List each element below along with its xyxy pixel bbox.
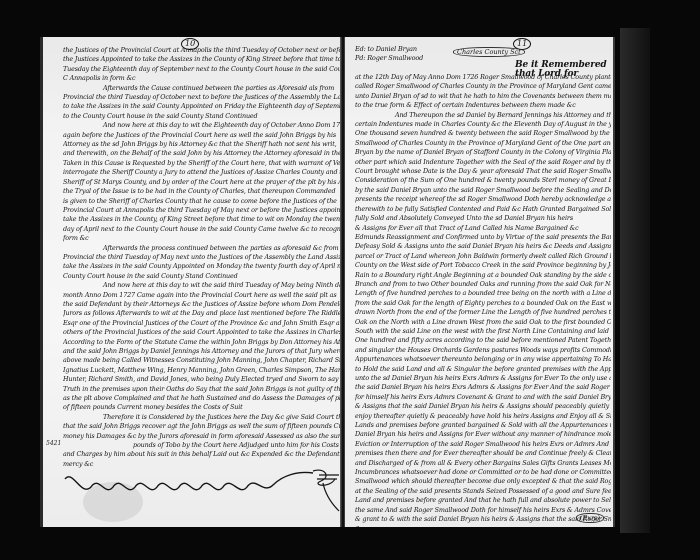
text-line: by the said Daniel Bryan unto the said R… [355,186,611,195]
text-line: from the said Oak for the length of Eigh… [355,299,611,308]
text-line: drawn North from the end of the former L… [355,308,611,317]
text-line: Therefore it is Considered by the Justic… [63,413,343,422]
text-line: Provincial the third Tuesday of May next… [63,253,343,262]
text-line: Rain to a Boundary right Angle Beginning… [355,271,611,280]
text-line: Afterwards the process continued between… [63,244,343,253]
text-line: Land and premises before granted And tha… [355,496,611,505]
right-page-text: at the 12th Day of May Anno Dom 1726 Rog… [355,73,611,527]
text-line: and therewith, on the Behalf of the said… [63,149,343,158]
text-line: fully Sold and Absolutely Conveyed Unto … [355,214,611,223]
text-line: at the 12th Day of May Anno Dom 1726 Rog… [355,73,611,82]
text-line: Afterwards the Cause continued between t… [63,84,343,93]
text-line: take the Assizes in the said County Appo… [63,262,343,271]
text-line: Esqr one of the Provincial Justices of t… [63,319,343,328]
text-line: Branch and from to two Other bounded Oak… [355,280,611,289]
text-line: for himself his heirs Exrs Admrs Covenan… [355,393,611,402]
text-line: Appurtenances whatsoever thereunto belon… [355,355,611,364]
text-line: that the said John Briggs recover agt th… [63,422,343,431]
text-line: pounds of Tobo by the Court here Adjudge… [63,441,343,450]
text-line: to take the Assizes in the said County A… [63,102,343,111]
left-page-text: the Justices of the Provincial Court at … [63,46,343,469]
text-line: &c [355,525,611,528]
text-line: One thousand seven hundred & twenty betw… [355,129,611,138]
text-line: Incumbrances whatsoever had done or Comm… [355,468,611,477]
text-line: Sheriff of St Marys County, and by order… [63,178,343,187]
text-line: the same And said Roger Smallwood Doth f… [355,506,611,515]
text-line: & Assigns for Ever all that Tract of Lan… [355,224,611,233]
text-line: Provincial Court at Annapolis the third … [63,206,343,215]
text-line: According to the Form of the Statute Cam… [63,338,343,347]
text-line: Smallwood of Charles County in the Provi… [355,139,611,148]
text-line: Smallwood which should thereafter become… [355,477,611,486]
text-line: and singular the Houses Orchards Gardens… [355,346,611,355]
text-line: others of the Provincial Justices of the… [63,328,343,337]
text-line: And now here at this day to wit the Eigh… [63,121,343,130]
text-line: And now here at this day to wit the said… [63,281,343,290]
right-page: 11 Ed: to Daniel Bryan Pd: Roger Smallwo… [345,37,615,527]
text-line: and the said John Briggs by Daniel Jenni… [63,347,343,356]
left-page: 10 the Justices of the Provincial Court … [40,37,345,527]
text-line: Length of five hundred perches to a boun… [355,289,611,298]
text-line: of fifteen pounds Current money besides … [63,403,343,412]
text-line: South with the said Line on the west wit… [355,327,611,336]
text-line: unto the sd Daniel Bryan his heirs Exrs … [355,374,611,383]
text-line: County on the West side of Port Tobacco … [355,261,611,270]
text-line: Edmunds Reassignment and Confirmed unto … [355,233,611,242]
text-line: And Thereupon the sd Daniel by Bernard J… [355,111,611,120]
county-heading: Charles County Sct [453,47,525,57]
text-line: above made being Called Witnesses Consti… [63,356,343,365]
text-line: Truth in the premises upon their Oaths d… [63,385,343,394]
text-line: therewith to be fully Satisfied Contente… [355,205,611,214]
text-line: Defeasy Sold & Assigns unto the said Dan… [355,242,611,251]
text-line: Attorney as the sd John Briggs by his At… [63,140,343,149]
text-line: the Justices Appointed to take the Assiz… [63,55,343,64]
text-line: County Court house in the said County St… [63,272,343,281]
text-line: C Annapolis in form &c [63,74,343,83]
text-line: the said Defendant by their Attorneys &c… [63,300,343,309]
text-line: as the plt above Complained and that he … [63,394,343,403]
closing-flourish-icon [63,467,343,517]
text-line: Eviction or Interruption of the said Rog… [355,440,611,449]
text-line: at the Sealing of the said presents Stan… [355,487,611,496]
text-line: Daniel Bryan his heirs and Assigns for E… [355,430,611,439]
text-line: the Tryal of the Issue is to be had in t… [63,187,343,196]
text-line: to the County Court house in the said Co… [63,112,343,121]
text-line: Lands and premises before granted bargai… [355,421,611,430]
microfilm-frame: 10 the Justices of the Provincial Court … [0,0,700,560]
text-line: unto Daniel Bryan of sd to wit that he h… [355,92,611,101]
text-line: & grant to & with the said Daniel Bryan … [355,515,611,524]
text-line: called Roger Smallwood of Charles County… [355,82,611,91]
text-line: Hunter, Richard Smith, and David Jones, … [63,375,343,384]
text-line: Tuesday the Eighteenth day of September … [63,65,343,74]
text-line: Oak on the North with a Line drawn West … [355,318,611,327]
text-line: again before the Justices of the Provinc… [63,131,343,140]
text-line: to the true form & Effect of certain Ind… [355,101,611,110]
text-line: enjoy thereafter quietly & peaceably hav… [355,412,611,421]
text-line: is given to the Sheriff of Charles Count… [63,197,343,206]
text-line: Provincial the third Tuesday of October … [63,93,343,102]
text-line: Consideration of the Sum of One hundred … [355,176,611,185]
text-line: and Charges by him about his suit in thi… [63,450,343,459]
text-line: Ignatius Luckett, Matthew Wing, Henry Ma… [63,366,343,375]
text-line: month Anno Dom 1727 Came again into the … [63,291,343,300]
text-line: other part which said Indenture Together… [355,158,611,167]
text-line: to Hold the said Land and all & Singular… [355,365,611,374]
catchword: (Exrs) [576,513,604,523]
text-line: the Justices of the Provincial Court at … [63,46,343,55]
text-line: money his Damages &c by the Jurors afore… [63,432,343,441]
margin-note: 5421 [46,440,61,447]
text-line: and Discharged of & from all & Every oth… [355,459,611,468]
text-line: interrogate the Sheriff County a Jury to… [63,168,343,177]
text-line: form &c [63,234,343,243]
text-line: certain Indentures made in Charles Count… [355,120,611,129]
text-line: parcel or Tract of Land whereon John Bal… [355,252,611,261]
text-line: Taken in this Cause is Requested by the … [63,159,343,168]
text-line: day of April next to the County Court ho… [63,225,343,234]
text-line: Jurors as follows Afterwards to wit at t… [63,309,343,318]
text-line: & Assigns that the said Daniel Bryan his… [355,402,611,411]
text-line: presents the receipt whereof the sd Roge… [355,195,611,204]
text-line: Bryan by the name of Daniel Bryan of Sta… [355,148,611,157]
book-edge [620,28,650,533]
text-line: Court brought whose Date is the Day & ye… [355,167,611,176]
text-line: One hundred and fifty acres according to… [355,336,611,345]
text-line: the said Daniel Bryan his heirs Exrs Adm… [355,383,611,392]
text-line: take the Assizes in the County, of King … [63,215,343,224]
text-line: premises then there and for Ever thereaf… [355,449,611,458]
